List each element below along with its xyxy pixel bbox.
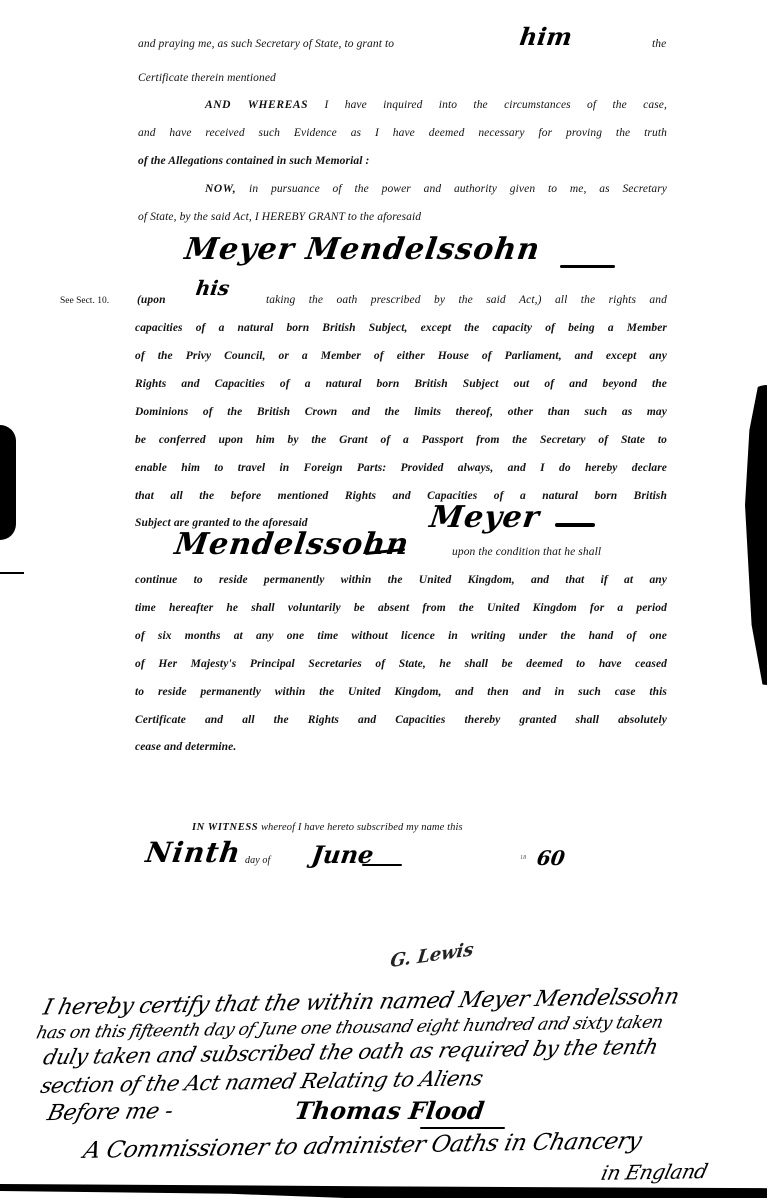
body-line-12: time hereafter he shall voluntarily be a… bbox=[135, 602, 667, 614]
body-line-14: of Her Majesty's Principal Secretaries o… bbox=[135, 658, 667, 670]
name-flourish bbox=[560, 265, 615, 268]
line-text: I have inquired into the circumstances o… bbox=[324, 99, 667, 111]
printed-line-5: of the Allegations contained in such Mem… bbox=[138, 155, 369, 167]
body-line-2: capacities of a natural born British Sub… bbox=[135, 322, 667, 334]
printed-line-2: Certificate therein mentioned bbox=[138, 72, 276, 84]
right-edge-shadow bbox=[745, 385, 767, 685]
left-edge-shadow bbox=[0, 425, 16, 540]
witness-year-prefix: 18 bbox=[520, 855, 526, 861]
month-flourish bbox=[362, 864, 402, 866]
body-line-10: upon the condition that he shall bbox=[452, 546, 601, 558]
handwritten-day: Ninth bbox=[144, 836, 244, 869]
body-line-7: enable him to travel in Foreign Parts: P… bbox=[135, 462, 667, 474]
handwritten-secretary-signature: G. Lewis bbox=[389, 939, 475, 972]
printed-line-1: and praying me, as such Secretary of Sta… bbox=[138, 38, 493, 50]
body-line-5: Dominions of the British Crown and the l… bbox=[135, 406, 667, 418]
body-line-15: to reside permanently within the United … bbox=[135, 686, 667, 698]
now-heading: NOW, bbox=[205, 183, 236, 195]
body-line-4: Rights and Capacities of a natural born … bbox=[135, 378, 667, 390]
witness-day-of: day of bbox=[245, 855, 270, 866]
handwritten-year: 60 bbox=[535, 846, 566, 870]
margin-note-section: See Sect. 10. bbox=[60, 296, 109, 306]
given-name-flourish bbox=[555, 523, 595, 527]
oath-commissioner-signature: Thomas Flood bbox=[293, 1096, 486, 1125]
printed-line-6: NOW, in pursuance of the power and autho… bbox=[205, 183, 667, 195]
body-line-11: continue to reside permanently within th… bbox=[135, 574, 667, 586]
in-witness-heading: IN WITNESS bbox=[192, 822, 258, 833]
oath-note-line-4: section of the Act named Relating to Ali… bbox=[38, 1066, 485, 1098]
handwritten-grantee-name: Meyer Mendelssohn bbox=[183, 232, 543, 267]
body-line-17: cease and determine. bbox=[135, 741, 236, 753]
printed-line-4: and have received such Evidence as I hav… bbox=[138, 127, 667, 139]
body-line-1-lead: (upon bbox=[137, 294, 166, 306]
printed-line-1-trailing: the bbox=[652, 38, 666, 50]
handwritten-given-name: Meyer bbox=[428, 500, 543, 535]
oath-note-line-5: Before me - bbox=[45, 1099, 175, 1126]
printed-line-7: of State, by the said Act, I HEREBY GRAN… bbox=[138, 211, 421, 223]
handwritten-surname: Mendelssohn bbox=[173, 527, 412, 562]
line-text: and praying me, as such Secretary of Sta… bbox=[138, 38, 394, 50]
body-line-16: Certificate and all the Rights and Capac… bbox=[135, 714, 667, 726]
body-line-13: of six months at any one time without li… bbox=[135, 630, 667, 642]
witness-line: IN WITNESS whereof I have hereto subscri… bbox=[192, 822, 463, 833]
body-line-6: be conferred upon him by the Grant of a … bbox=[135, 434, 667, 446]
line-text: whereof I have hereto subscribed my name… bbox=[261, 822, 463, 833]
body-line-1: taking the oath prescribed by the said A… bbox=[266, 294, 667, 306]
line-text: in pursuance of the power and authority … bbox=[249, 183, 667, 195]
handwritten-pronoun-him: him bbox=[518, 22, 574, 51]
body-line-3: of the Privy Council, or a Member of eit… bbox=[135, 350, 667, 362]
certificate-page: and praying me, as such Secretary of Sta… bbox=[0, 0, 767, 1204]
bottom-edge-shadow bbox=[0, 1184, 767, 1198]
oath-commissioner-title-1: A Commissioner to administer Oaths in Ch… bbox=[81, 1128, 644, 1164]
signature-underline bbox=[420, 1127, 505, 1129]
handwritten-pronoun-his: his bbox=[194, 276, 231, 300]
body-line-8: that all the before mentioned Rights and… bbox=[135, 490, 667, 502]
left-edge-line bbox=[0, 572, 24, 574]
oath-commissioner-title-2: in England bbox=[599, 1159, 710, 1185]
and-whereas-heading: AND WHEREAS bbox=[205, 99, 308, 111]
printed-line-3: AND WHEREAS I have inquired into the cir… bbox=[205, 99, 667, 111]
